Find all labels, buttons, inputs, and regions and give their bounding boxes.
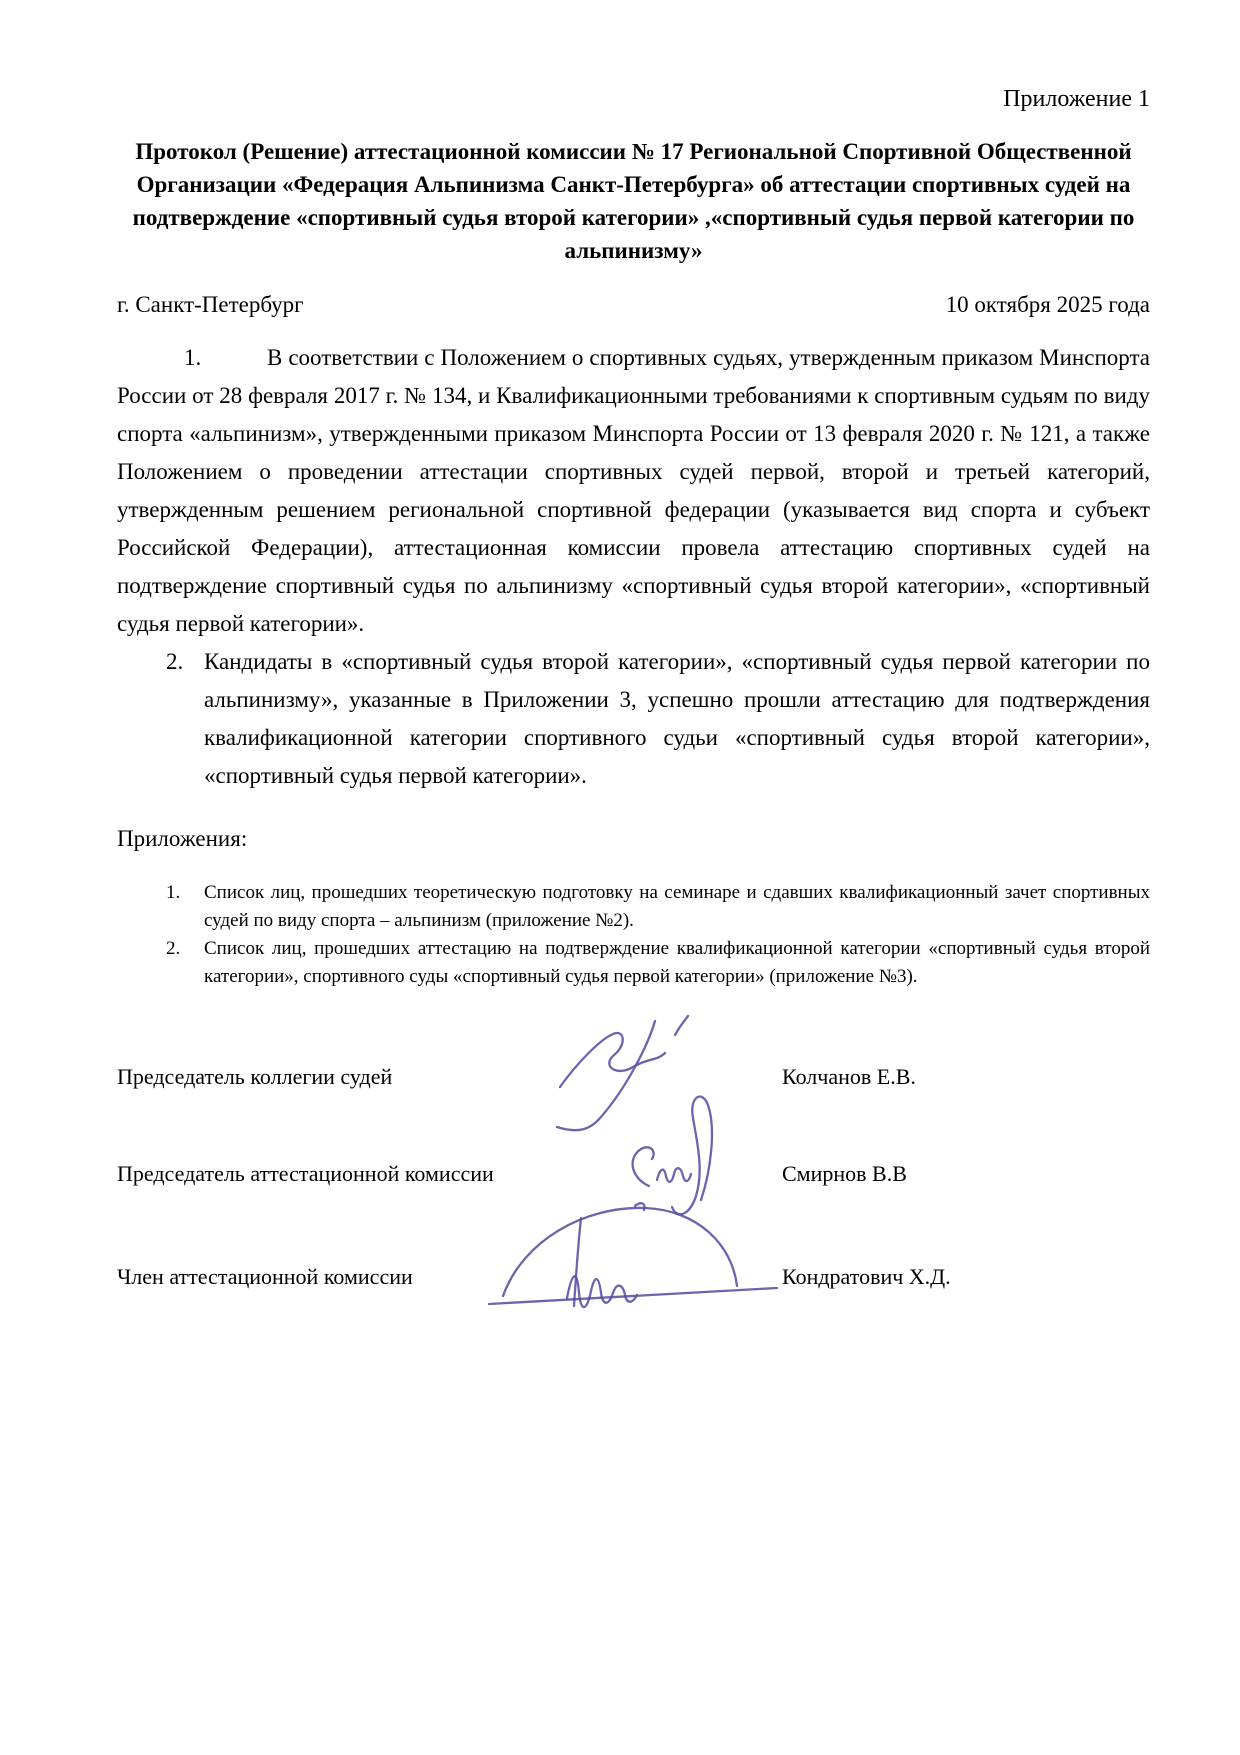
attachment-item: 2. Список лиц, прошедших аттестацию на п… bbox=[117, 935, 1150, 991]
paragraph-2: 2. Кандидаты в «спортивный судья второй … bbox=[117, 643, 1150, 795]
attachment-item-number: 1. bbox=[166, 879, 180, 907]
paragraph-2-text: Кандидаты в «спортивный судья второй кат… bbox=[204, 649, 1150, 788]
signature-label: Член аттестационной комиссии bbox=[117, 1264, 413, 1289]
document-page: Приложение 1 Протокол (Решение) аттестац… bbox=[0, 0, 1240, 1755]
attachments-heading: Приложения: bbox=[117, 825, 1150, 853]
attachment-item-text: Список лиц, прошедших теоретическую подг… bbox=[204, 882, 1150, 931]
attachment-item: 1. Список лиц, прошедших теоретическую п… bbox=[117, 879, 1150, 935]
attachment-item-text: Список лиц, прошедших аттестацию на подт… bbox=[204, 938, 1150, 987]
paragraph-1-number: 1. bbox=[184, 339, 267, 377]
signature-name: Смирнов В.В bbox=[782, 1160, 907, 1188]
appendix-label: Приложение 1 bbox=[117, 85, 1150, 113]
signature-label: Председатель аттестационной комиссии bbox=[117, 1161, 494, 1186]
date-label: 10 октября 2025 года bbox=[946, 291, 1150, 319]
place-date-row: г. Санкт-Петербург 10 октября 2025 года bbox=[117, 291, 1150, 319]
signature-label: Председатель коллегии судей bbox=[117, 1064, 392, 1089]
document-title: Протокол (Решение) аттестационной комисс… bbox=[117, 135, 1150, 267]
attachments-list: 1. Список лиц, прошедших теоретическую п… bbox=[117, 879, 1150, 991]
signature-name: Кондратович Х.Д. bbox=[782, 1263, 951, 1291]
paragraph-1-text: В соответствии с Положением о спортивных… bbox=[117, 345, 1150, 636]
place-label: г. Санкт-Петербург bbox=[117, 291, 304, 319]
signature-section: Председатель коллегии судей Колчанов Е.В… bbox=[117, 1043, 1150, 1363]
attachment-item-number: 2. bbox=[166, 935, 180, 963]
signature-name: Колчанов Е.В. bbox=[782, 1063, 916, 1091]
paragraph-2-number: 2. bbox=[166, 643, 183, 681]
handwritten-signature-kondratovich-icon bbox=[485, 1200, 785, 1315]
paragraph-1: 1.В соответствии с Положением о спортивн… bbox=[117, 339, 1150, 643]
